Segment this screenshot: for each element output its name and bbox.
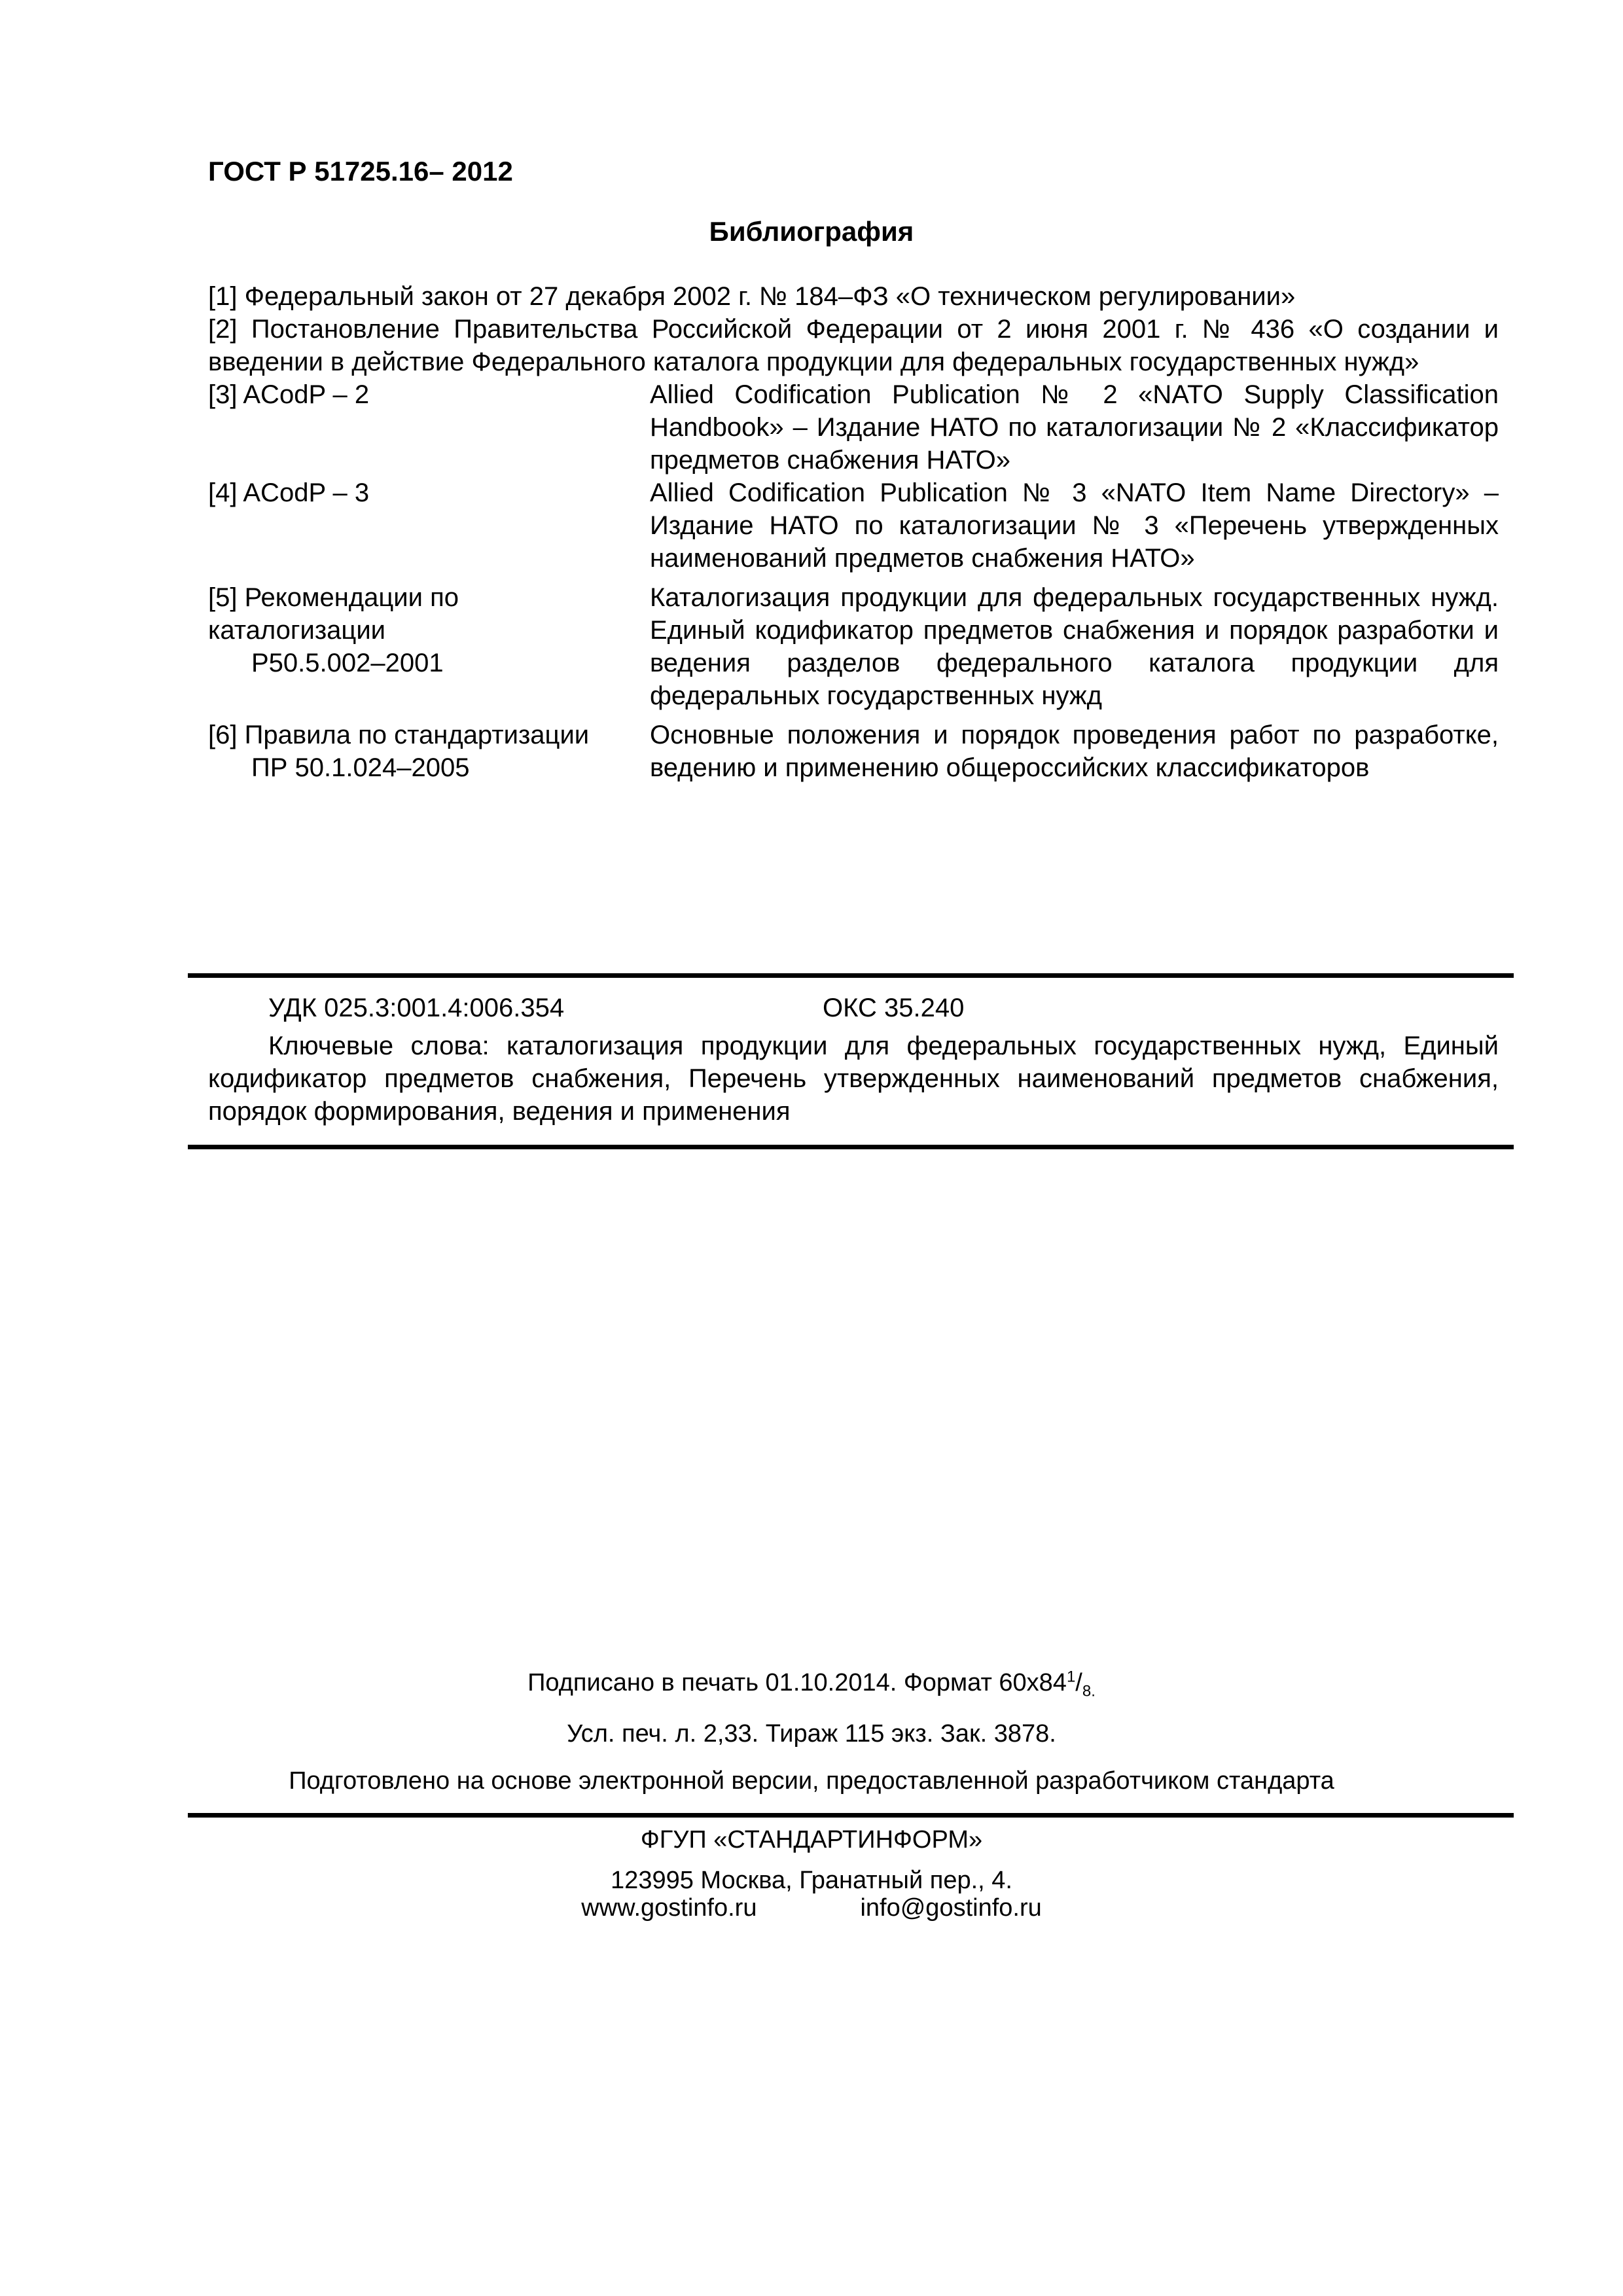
rule-imprint xyxy=(188,1813,1514,1818)
publisher-contacts: www.gostinfo.ru info@gostinfo.ru xyxy=(0,1893,1623,1923)
bib-entry-2-label: [2] xyxy=(208,315,237,344)
publisher-email: info@gostinfo.ru xyxy=(860,1893,1041,1923)
bib-entry-6-label-line2: ПР 50.1.024–2005 xyxy=(208,751,650,784)
bib-entry-2-text: Постановление Правительства Российской Ф… xyxy=(208,315,1499,376)
document-page: ГОСТ Р 51725.16– 2012 Библиография [1] Ф… xyxy=(0,0,1623,2296)
imprint-signed-text: Подписано в печать 01.10.2014. Формат 60… xyxy=(527,1669,1067,1696)
bib-entry-6-text: Основные положения и порядок проведения … xyxy=(650,719,1499,784)
bib-entry-5: [5] Рекомендации по каталогизации Р50.5.… xyxy=(208,581,1499,712)
imprint-print-info: Усл. печ. л. 2,33. Тираж 115 экз. Зак. 3… xyxy=(0,1719,1623,1749)
oks-code: ОКС 35.240 xyxy=(823,992,964,1024)
bib-entry-5-text: Каталогизация продукции для федеральных … xyxy=(650,581,1499,712)
publisher-name: ФГУП «СТАНДАРТИНФОРМ» xyxy=(0,1825,1623,1855)
bib-entry-3-label: [3] ACodP – 2 xyxy=(208,378,650,411)
bib-entry-5-label: [5] Рекомендации по каталогизации Р50.5.… xyxy=(208,581,650,679)
format-fraction-numerator: 1 xyxy=(1067,1668,1075,1685)
udk-line: УДК 025.3:001.4:006.354 ОКС 35.240 xyxy=(188,992,1514,1024)
format-fraction-slash: / xyxy=(1075,1669,1082,1696)
publisher-website: www.gostinfo.ru xyxy=(581,1893,757,1923)
bib-entry-3-text: Allied Codification Publication № 2 «NAT… xyxy=(650,378,1499,476)
rule-top xyxy=(188,973,1514,978)
doc-code: ГОСТ Р 51725.16– 2012 xyxy=(208,156,513,187)
bib-entry-4-label: [4] ACodP – 3 xyxy=(208,476,650,509)
section-title: Библиография xyxy=(0,216,1623,247)
bib-entry-4: [4] ACodP – 3 Allied Codification Public… xyxy=(208,476,1499,575)
bib-entry-5-label-line3: Р50.5.002–2001 xyxy=(208,647,650,679)
imprint-prepared-note: Подготовлено на основе электронной верси… xyxy=(0,1766,1623,1796)
publisher-address: 123995 Москва, Гранатный пер., 4. xyxy=(0,1865,1623,1895)
bibliography: [1] Федеральный закон от 27 декабря 2002… xyxy=(208,280,1499,784)
keywords: Ключевые слова: каталогизация продукции … xyxy=(188,1030,1514,1128)
bib-entry-6-label: [6] Правила по стандартизации ПР 50.1.02… xyxy=(208,719,650,784)
udk-code: УДК 025.3:001.4:006.354 xyxy=(268,994,564,1022)
udk-keywords-block: УДК 025.3:001.4:006.354 ОКС 35.240 Ключе… xyxy=(188,973,1514,1149)
bib-entry-6-label-line1: [6] Правила по стандартизации xyxy=(208,719,650,751)
bib-entry-6: [6] Правила по стандартизации ПР 50.1.02… xyxy=(208,719,1499,784)
bib-entry-5-label-line2: каталогизации xyxy=(208,614,650,647)
bib-entry-1-label: [1] xyxy=(208,282,237,311)
imprint-signed-line: Подписано в печать 01.10.2014. Формат 60… xyxy=(0,1668,1623,1698)
rule-bottom xyxy=(188,1145,1514,1149)
bib-entry-5-label-line1: [5] Рекомендации по xyxy=(208,581,650,614)
bib-entry-2: [2] Постановление Правительства Российск… xyxy=(208,313,1499,378)
bib-entry-1-text: Федеральный закон от 27 декабря 2002 г. … xyxy=(245,282,1296,311)
format-fraction-denominator: 8. xyxy=(1082,1683,1096,1700)
bib-entry-1: [1] Федеральный закон от 27 декабря 2002… xyxy=(208,280,1499,313)
bib-entry-4-text: Allied Codification Publication № 3 «NAT… xyxy=(650,476,1499,575)
bib-entry-3: [3] ACodP – 2 Allied Codification Public… xyxy=(208,378,1499,476)
